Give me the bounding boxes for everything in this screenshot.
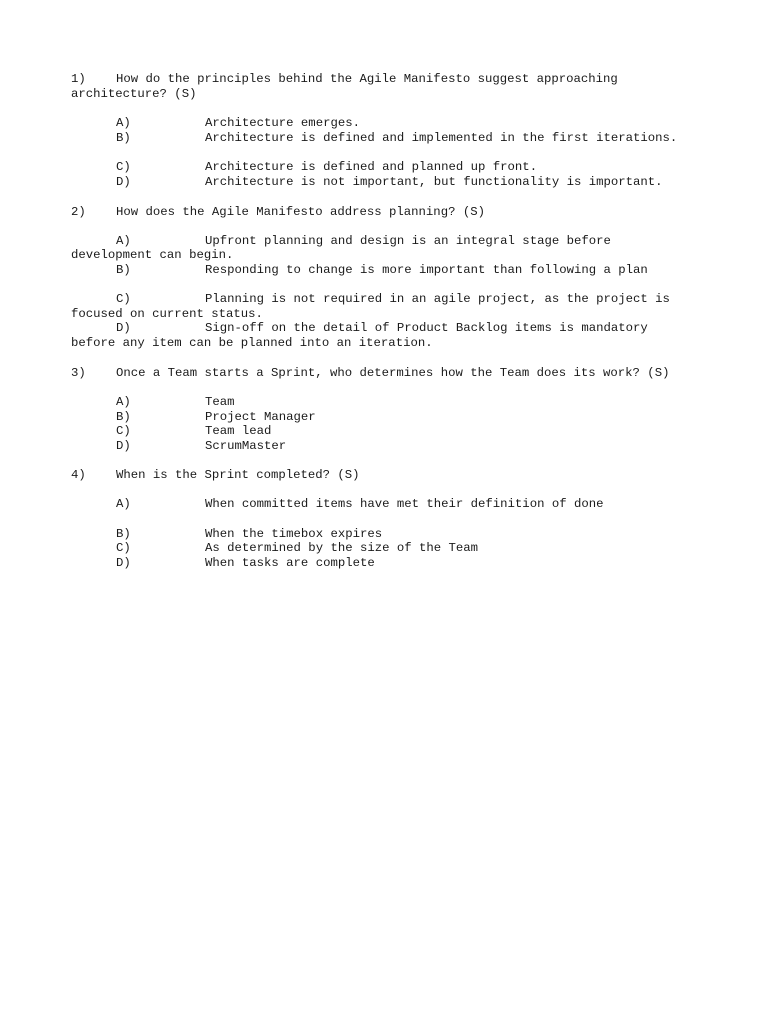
question-number: 4) — [71, 468, 86, 483]
option-text: Architecture is not important, but funct… — [205, 175, 663, 190]
option-text: Sign-off on the detail of Product Backlo… — [205, 321, 648, 336]
option-text: Architecture emerges. — [205, 116, 360, 131]
question-number: 1) — [71, 72, 86, 87]
option-text: Architecture is defined and implemented … — [205, 131, 677, 146]
option-letter: C) — [116, 424, 131, 439]
option-letter: C) — [116, 541, 131, 556]
option-letter: B) — [116, 263, 131, 278]
question-number: 3) — [71, 366, 86, 381]
option-text: Project Manager — [205, 410, 316, 425]
option-letter: D) — [116, 439, 131, 454]
option-letter: A) — [116, 234, 131, 249]
option-letter: B) — [116, 131, 131, 146]
option-letter: B) — [116, 410, 131, 425]
option-letter: D) — [116, 321, 131, 336]
question-text: How do the principles behind the Agile M… — [116, 72, 618, 87]
option-letter: B) — [116, 527, 131, 542]
option-letter: D) — [116, 175, 131, 190]
option-text-continued: before any item can be planned into an i… — [71, 336, 433, 351]
question-text: When is the Sprint completed? (S) — [116, 468, 360, 483]
option-text-continued: focused on current status. — [71, 307, 263, 322]
option-text: Team — [205, 395, 235, 410]
option-letter: A) — [116, 116, 131, 131]
option-text: As determined by the size of the Team — [205, 541, 478, 556]
option-text: Planning is not required in an agile pro… — [205, 292, 670, 307]
option-text: Responding to change is more important t… — [205, 263, 648, 278]
option-text: Upfront planning and design is an integr… — [205, 234, 611, 249]
question-text: Once a Team starts a Sprint, who determi… — [116, 366, 669, 381]
question-text-continued: architecture? (S) — [71, 87, 196, 102]
question-text: How does the Agile Manifesto address pla… — [116, 205, 485, 220]
option-text: ScrumMaster — [205, 439, 286, 454]
option-letter: C) — [116, 292, 131, 307]
option-text: When tasks are complete — [205, 556, 375, 571]
option-letter: D) — [116, 556, 131, 571]
option-text: Architecture is defined and planned up f… — [205, 160, 537, 175]
option-letter: A) — [116, 395, 131, 410]
option-text-continued: development can begin. — [71, 248, 233, 263]
option-letter: A) — [116, 497, 131, 512]
question-number: 2) — [71, 205, 86, 220]
option-text: Team lead — [205, 424, 271, 439]
option-text: When the timebox expires — [205, 527, 382, 542]
option-letter: C) — [116, 160, 131, 175]
option-text: When committed items have met their defi… — [205, 497, 603, 512]
